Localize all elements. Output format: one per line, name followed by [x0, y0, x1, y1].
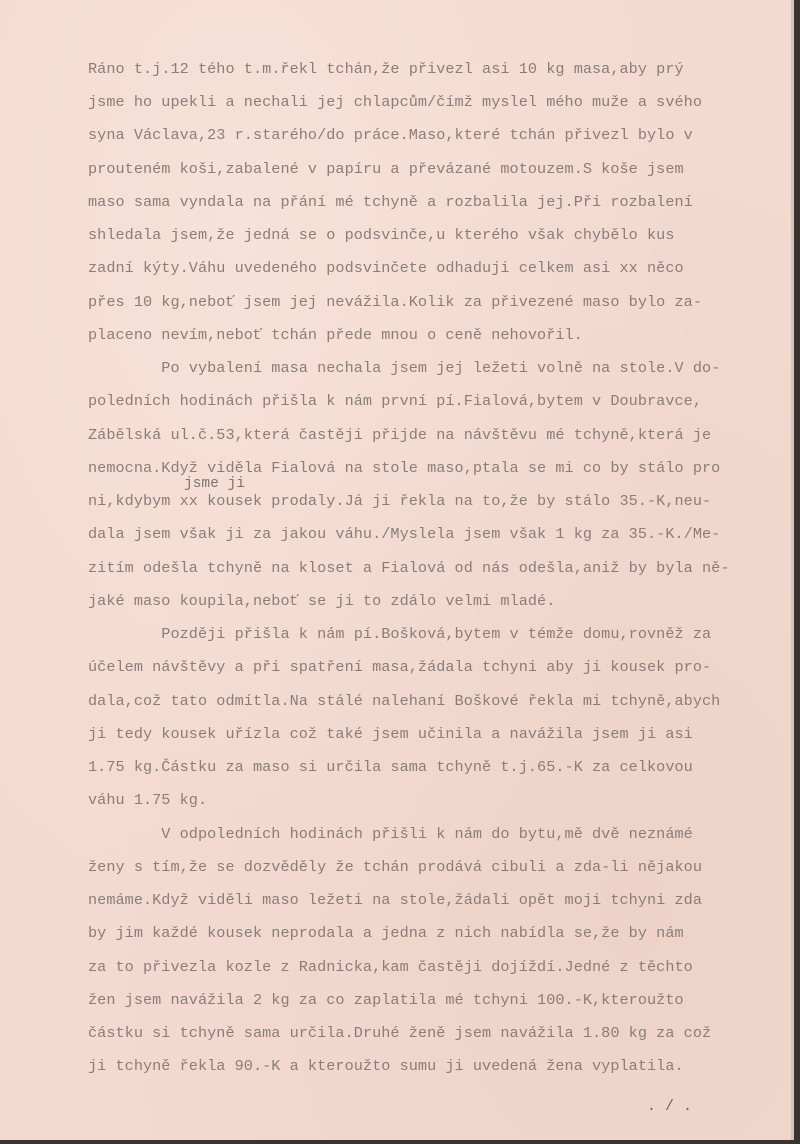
text-line-9: placeno nevím,neboť tchán přede mnou o c…	[88, 326, 583, 344]
text-line-28: za to přivezla kozle z Radnicka,kam čast…	[88, 958, 693, 976]
text-line-11: poledních hodinách přišla k nám první pí…	[88, 392, 702, 410]
text-line-29: žen jsem navážila 2 kg za co zaplatila m…	[88, 991, 684, 1009]
text-line-13: nemocna.Když viděla Fialová na stole mas…	[88, 459, 720, 477]
text-line-26: nemáme.Když viděli maso ležeti na stole,…	[88, 891, 702, 909]
interlinear-insertion: jsme ji	[184, 476, 245, 492]
text-line-7: zadní kýty.Váhu uvedeného podsvinčete od…	[88, 259, 684, 277]
text-line-19: účelem návštěvy a při spatření masa,žáda…	[88, 658, 711, 676]
text-line-23: váhu 1.75 kg.	[88, 791, 207, 809]
text-line-24: V odpoledních hodinách přišli k nám do b…	[88, 825, 693, 843]
text-line-21: ji tedy kousek uřízla což také jsem učin…	[88, 725, 693, 743]
text-line-10: Po vybalení masa nechala jsem jej ležeti…	[88, 359, 720, 377]
text-line-31: ji tchyně řekla 90.-K a kteroužto sumu j…	[88, 1057, 684, 1075]
text-line-30: částku si tchyně sama určila.Druhé ženě …	[88, 1024, 711, 1042]
text-line-25: ženy s tím,že se dozvěděly že tchán prod…	[88, 858, 702, 876]
typewritten-page: Ráno t.j.12 tého t.m.řekl tchán,že přive…	[0, 0, 794, 1140]
text-line-20: dala,což tato odmítla.Na stálé nalehaní …	[88, 692, 720, 710]
text-line-4: prouteném koši,zabalené v papíru a převá…	[88, 160, 684, 178]
text-line-8: přes 10 kg,neboť jsem jej nevážila.Kolik…	[88, 293, 702, 311]
text-line-3: syna Václava,23 r.starého/do práce.Maso,…	[88, 126, 693, 144]
text-line-6: shledala jsem,že jedná se o podsvinče,u …	[88, 226, 675, 244]
text-line-5: maso sama vyndala na přání mé tchyně a r…	[88, 193, 693, 211]
text-line-12: Zábělská ul.č.53,která častěji přijde na…	[88, 426, 711, 444]
text-line-22: 1.75 kg.Částku za maso si určila sama tc…	[88, 758, 693, 776]
text-line-14: ni,kdybym xx kousek prodaly.Já ji řekla …	[88, 492, 711, 510]
text-line-2: jsme ho upekli a nechali jej chlapcům/čí…	[88, 93, 702, 111]
text-line-1: Ráno t.j.12 tého t.m.řekl tchán,že přive…	[88, 60, 684, 78]
page-continuation-marker: . / .	[647, 1098, 692, 1115]
text-line-27: by jim každé kousek neprodala a jedna z …	[88, 924, 684, 942]
text-line-18: Později přišla k nám pí.Bošková,bytem v …	[88, 625, 711, 643]
text-line-17: jaké maso koupila,neboť se ji to zdálo v…	[88, 592, 555, 610]
text-line-15: dala jsem však ji za jakou váhu./Myslela…	[88, 525, 720, 543]
text-line-16: zitím odešla tchyně na kloset a Fialová …	[88, 559, 729, 577]
